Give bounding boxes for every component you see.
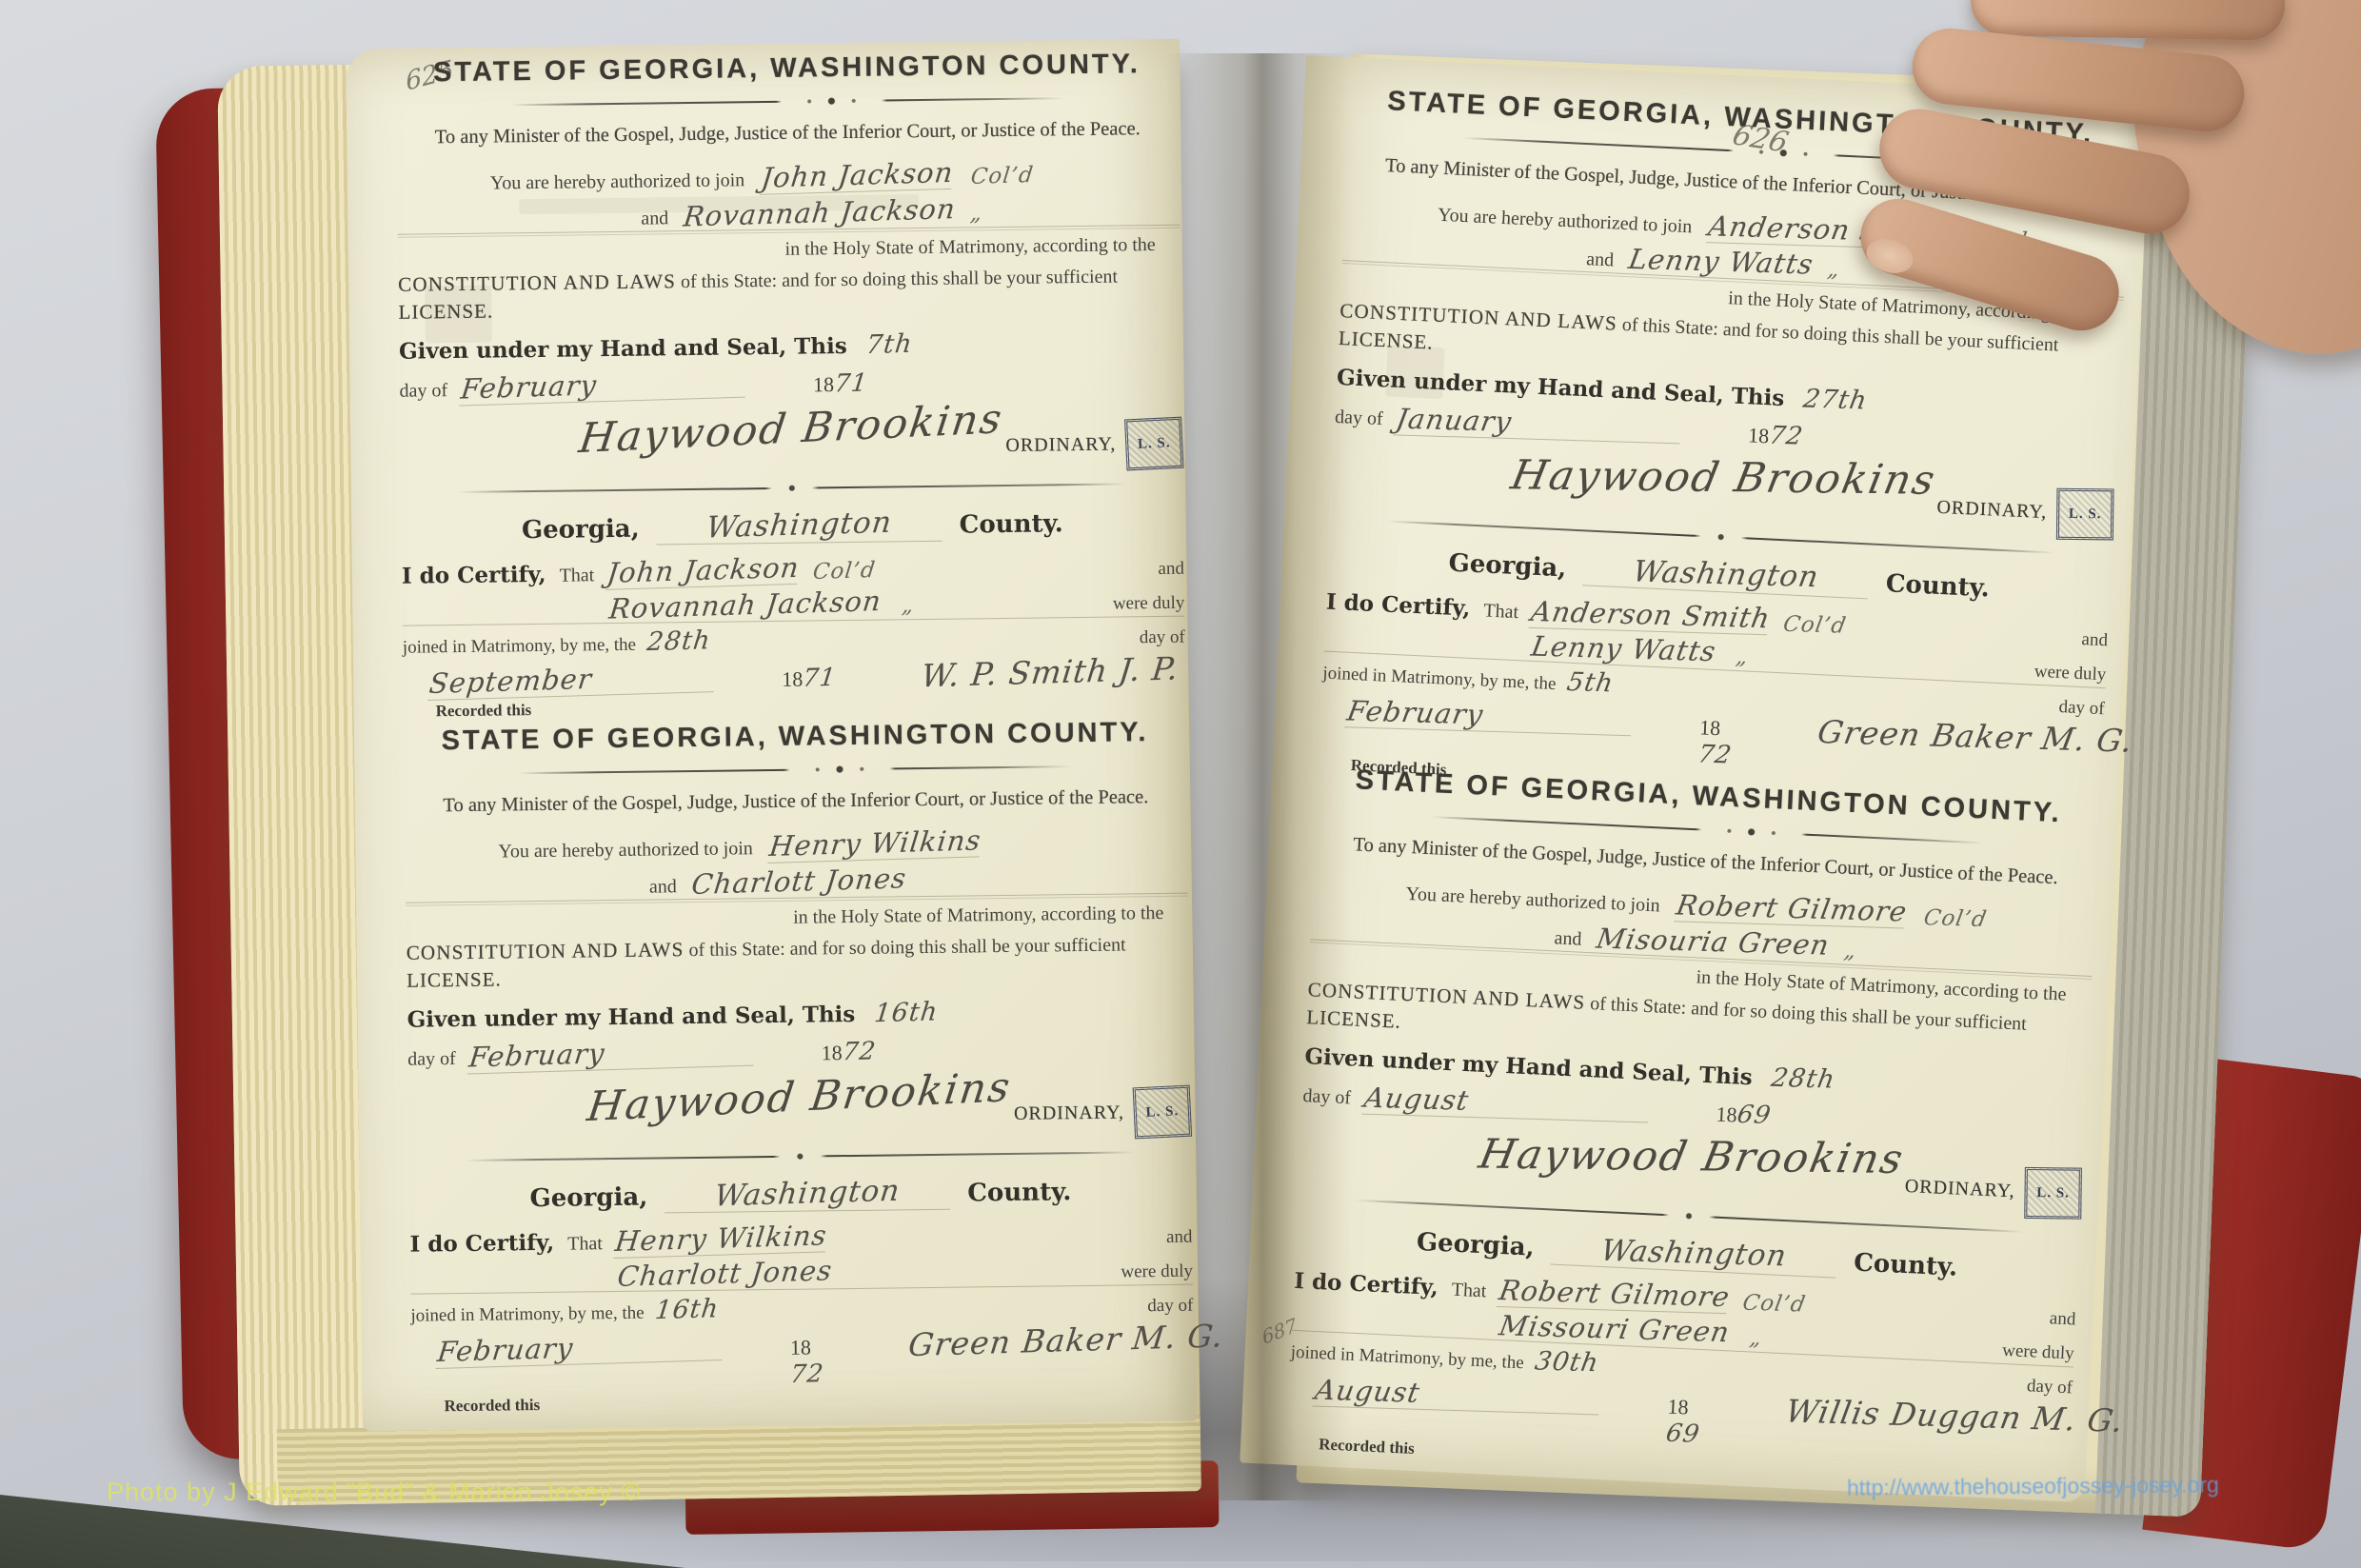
married-day: 30th — [1533, 1347, 1601, 1379]
given-label: Given under my Hand and Seal, This — [399, 333, 847, 365]
license-day: 27th — [1801, 385, 1870, 416]
certify-bride-name: Lenny Watts — [1529, 630, 1718, 668]
license-day: 28th — [1769, 1063, 1837, 1095]
officiant-signature: Green Baker M. G. — [906, 1317, 1225, 1363]
certify-bride-row: Charlott Jones were duly — [410, 1252, 1193, 1295]
authorize-row: You are hereby authorized to join John J… — [397, 155, 1180, 198]
bride-ditto-mark: „ — [1842, 939, 1858, 963]
married-month: February — [1344, 695, 1637, 737]
marriage-license-record-4: STATE OF GEORGIA, WASHINGTON COUNTY. To … — [1286, 763, 2100, 1489]
license-year: 1871 — [813, 369, 867, 399]
ordinary-signature-row: Haywood Brookins ORDINARY, L. S. — [407, 1065, 1191, 1155]
married-day: 28th — [645, 625, 712, 657]
form-title: STATE OF GEORGIA, WASHINGTON COUNTY. — [404, 717, 1186, 758]
ordinary-signature: Haywood Brookins — [576, 395, 1005, 463]
groom-race-note: Col’d — [969, 163, 1035, 189]
married-year: 1869 — [1666, 1394, 1702, 1449]
married-year: 1871 — [782, 664, 836, 693]
certify-bride-ditto: „ — [1748, 1326, 1764, 1351]
bride-name: Rovannah Jackson — [682, 192, 958, 233]
authorize-label: You are hereby authorized to join — [490, 169, 745, 194]
and-label: and — [641, 208, 668, 229]
given-row: Given under my Hand and Seal, This 7th — [399, 327, 1181, 366]
certify-bride-row: Rovannah Jackson „ were duly — [402, 584, 1184, 626]
county-label: County. — [959, 509, 1062, 539]
ordinary-signature: Haywood Brookins — [1476, 1131, 1909, 1183]
marriage-license-record-2: STATE OF GEORGIA, WASHINGTON COUNTY. To … — [404, 717, 1195, 1417]
ls-seal: L. S. — [1124, 417, 1183, 471]
bride-name: Charlott Jones — [690, 862, 908, 901]
ls-seal: L. S. — [1133, 1085, 1192, 1140]
license-day: 7th — [864, 329, 914, 360]
married-year: 1872 — [790, 1335, 824, 1388]
county-name: Washington — [1631, 555, 1822, 595]
license-year: 1872 — [821, 1038, 875, 1067]
married-month: September — [427, 659, 717, 701]
joined-label: joined in Matrimony, by me, the — [403, 635, 636, 659]
left-page: 625 STATE OF GEORGIA, WASHINGTON COUNTY.… — [346, 39, 1197, 1432]
groom-race-note: Col’d — [1922, 905, 1989, 932]
officiant-signature: Willis Duggan M. G. — [1783, 1393, 2127, 1439]
bride-name: Lenny Watts — [1626, 243, 1815, 281]
ordinary-signature: Haywood Brookins — [1507, 452, 1940, 505]
certify-bride-name: Rovannah Jackson — [607, 585, 883, 625]
married-month: February — [436, 1327, 725, 1369]
certify-bride-ditto: „ — [901, 593, 916, 618]
ordinary-label: ORDINARY, — [1005, 433, 1116, 456]
license-day: 16th — [872, 997, 939, 1028]
officiant-signature: W. P. Smith J. P. — [920, 649, 1181, 694]
license-label: LICENSE. — [407, 960, 1189, 993]
ordinary-signature-row: Haywood Brookins ORDINARY, L. S. — [400, 397, 1183, 486]
certify-groom-note: Col’d — [1781, 612, 1848, 639]
married-day: 5th — [1565, 667, 1617, 698]
photo-of-marriage-record-book: 625 STATE OF GEORGIA, WASHINGTON COUNTY.… — [0, 0, 2361, 1568]
certify-bride-name: Charlott Jones — [616, 1254, 834, 1293]
license-year: 1872 — [1748, 420, 1803, 451]
day-of-label: day of — [399, 380, 447, 403]
photo-credit-watermark: Photo by J Edward “Bud” & Marion Josey © — [107, 1478, 641, 1507]
georgia-county-row: Georgia, Washington County. — [401, 504, 1183, 548]
certify-groom-note: Col’d — [1740, 1291, 1807, 1318]
form-title: STATE OF GEORGIA, WASHINGTON COUNTY. — [395, 49, 1178, 89]
license-month: February — [466, 1033, 756, 1075]
married-year: 1872 — [1697, 715, 1734, 770]
county-name: Washington — [1598, 1234, 1790, 1274]
georgia-county-row: Georgia, Washington County. — [409, 1172, 1192, 1217]
minister-line: To any Minister of the Gospel, Judge, Ju… — [396, 118, 1179, 149]
certify-groom-name: Henry Wilkins — [614, 1219, 829, 1259]
and-right-label: and — [1158, 559, 1184, 580]
certify-bride-name: Missouri Green — [1497, 1309, 1733, 1348]
license-label: LICENSE. — [398, 291, 1180, 325]
bride-ditto-mark: „ — [1826, 257, 1842, 282]
georgia-label: Georgia, — [522, 515, 640, 546]
ordinary-signature: Haywood Brookins — [585, 1063, 1014, 1131]
married-day: 16th — [654, 1294, 721, 1325]
county-name: Washington — [713, 1174, 903, 1214]
license-month: February — [459, 365, 748, 407]
groom-name: Henry Wilkins — [768, 824, 983, 863]
marriage-license-record-1: STATE OF GEORGIA, WASHINGTON COUNTY. To … — [395, 49, 1185, 722]
website-watermark: http://www.thehouseofjossey-josey.org — [1847, 1472, 2219, 1500]
ornament-divider — [518, 761, 1072, 779]
married-date-row: February 1872 Green Baker M. G. — [411, 1320, 1195, 1394]
groom-name: Robert Gilmore — [1674, 889, 1910, 929]
authorize-row: You are hereby authorized to join Henry … — [405, 824, 1187, 866]
ls-seal: L. S. — [2024, 1167, 2082, 1220]
certify-groom-note: Col’d — [811, 558, 877, 585]
bride-name: Misouria Green — [1594, 923, 1832, 962]
ornament-divider — [510, 92, 1064, 110]
certify-groom-name: John Jackson — [605, 551, 802, 590]
married-month: August — [1313, 1374, 1605, 1416]
given-row: Given under my Hand and Seal, This 16th — [407, 995, 1189, 1034]
bride-ditto-mark: „ — [969, 201, 984, 226]
minister-line: To any Minister of the Gospel, Judge, Ju… — [405, 786, 1187, 818]
day-of-right-label: day of — [1140, 627, 1185, 649]
married-date-row: September 1871 W. P. Smith J. P. — [403, 652, 1185, 699]
were-duly-label: were duly — [1113, 593, 1185, 615]
ls-seal: L. S. — [2056, 488, 2114, 541]
certify-bride-ditto: „ — [1735, 645, 1751, 669]
groom-name: John Jackson — [760, 156, 956, 195]
county-name: Washington — [704, 506, 894, 546]
that-label: That — [559, 565, 594, 586]
license-year: 1869 — [1716, 1100, 1771, 1131]
certify-label: I do Certify, — [402, 562, 546, 589]
